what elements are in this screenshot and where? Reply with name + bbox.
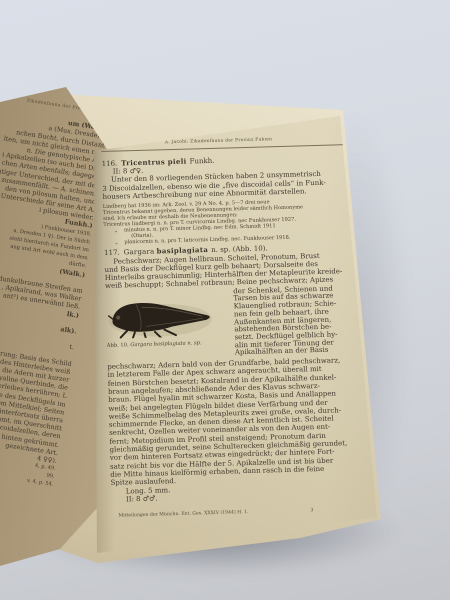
right-page-content: A. Jacobi: Zikadenfauna der Provinz Fuki… xyxy=(101,134,361,521)
entry-117-wrapped-column: der Schenkel, Schienen undTarsen bis auf… xyxy=(233,285,356,358)
signature-mark: 3 xyxy=(310,507,313,515)
nomenclature-note: Lindberg hat 1936 im: Ark. Zool. v. 29 A… xyxy=(103,197,353,246)
figure-caption-text: Gargara basiplagiata n. sp. xyxy=(130,340,201,348)
genus-name: Gargara xyxy=(124,248,155,257)
species-name: basiplagiata xyxy=(156,245,208,255)
insect-figure: Abb. 10. Gargara basiplagiata n. sp. xyxy=(105,288,235,361)
species-entry-116: 116.Tricentrus pieliFunkh. II: 8 ♂♀. Unt… xyxy=(102,153,353,246)
photo-of-open-book: Zikadenfauna der Provinz Fukien um (Walk… xyxy=(0,0,450,600)
figure-caption: Abb. 10. Gargara basiplagiata n. sp. xyxy=(107,338,235,350)
entry-117-paragraph-2: pechschwarz; Adern bald von der Grundfar… xyxy=(107,356,359,487)
species-entry-117: 117.Gargara basiplagiatan. sp. (Abb. 10)… xyxy=(104,242,360,504)
treehopper-illustration xyxy=(105,293,226,338)
figure-caption-label: Abb. 10. xyxy=(107,342,129,349)
journal-footer: Mitteilungen der Münchn. Ent. Ges. XXXIV… xyxy=(111,506,360,521)
left-page-fragments: um (Walk.)a (Mus. Dresden).nchen Bucht, … xyxy=(0,102,108,489)
species-number: 116. xyxy=(102,159,118,167)
species-author: Funkh. xyxy=(189,157,214,166)
journal-citation: Mitteilungen der Münchn. Ent. Ges. XXXIV… xyxy=(118,509,248,521)
left-page-text: Zikadenfauna der Provinz Fukien um (Walk… xyxy=(0,87,110,489)
figure-row: Abb. 10. Gargara basiplagiata n. sp. der… xyxy=(105,285,356,361)
species-name: Tricentrus pieli xyxy=(121,156,187,167)
species-number: 117. xyxy=(104,249,120,257)
